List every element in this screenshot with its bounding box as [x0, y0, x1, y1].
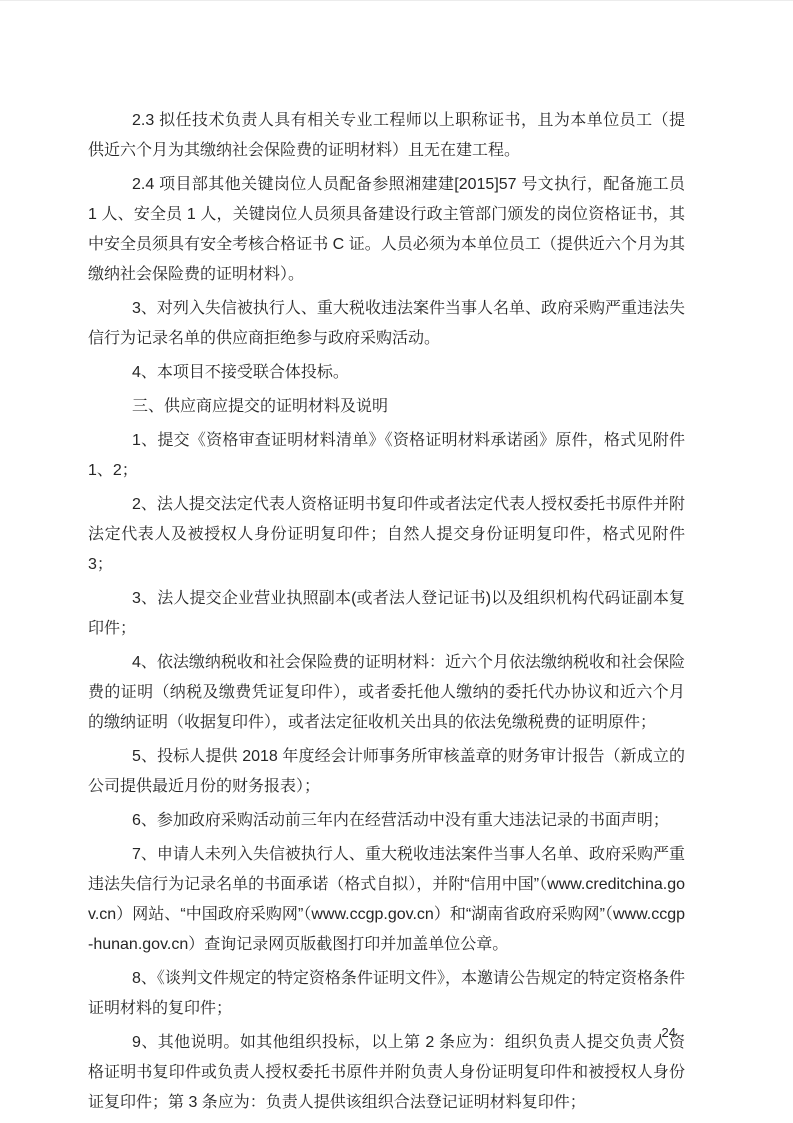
- document-body: 2.3 拟任技术负责人具有相关专业工程师以上职称证书，且为本单位员工（提供近六个…: [88, 106, 685, 1122]
- item-3: 3、法人提交企业营业执照副本(或者法人登记证书)以及组织机构代码证副本复印件；: [88, 584, 685, 644]
- paragraph-3: 3、对列入失信被执行人、重大税收违法案件当事人名单、政府采购严重违法失信行为记录…: [88, 294, 685, 354]
- paragraph-2-4: 2.4 项目部其他关键岗位人员配备参照湘建建[2015]57 号文执行，配备施工…: [88, 170, 685, 290]
- item-9: 9、其他说明。如其他组织投标，以上第 2 条应为：组织负责人提交负责人资格证明书…: [88, 1028, 685, 1118]
- section-heading: 三、供应商应提交的证明材料及说明: [88, 392, 685, 422]
- item-4: 4、依法缴纳税收和社会保险费的证明材料：近六个月依法缴纳税收和社会保险费的证明（…: [88, 648, 685, 738]
- page-number: 24: [662, 1025, 676, 1041]
- document-page: 2.3 拟任技术负责人具有相关专业工程师以上职称证书，且为本单位员工（提供近六个…: [0, 0, 793, 1123]
- item-1: 1、提交《资格审查证明材料清单》《资格证明材料承诺函》原件，格式见附件 1、2；: [88, 426, 685, 486]
- item-6: 6、参加政府采购活动前三年内在经营活动中没有重大违法记录的书面声明；: [88, 806, 685, 836]
- item-7: 7、申请人未列入失信被执行人、重大税收违法案件当事人名单、政府采购严重违法失信行…: [88, 840, 685, 960]
- paragraph-2-3: 2.3 拟任技术负责人具有相关专业工程师以上职称证书，且为本单位员工（提供近六个…: [88, 106, 685, 166]
- item-2: 2、法人提交法定代表人资格证明书复印件或者法定代表人授权委托书原件并附法定代表人…: [88, 490, 685, 580]
- item-8: 8、《谈判文件规定的特定资格条件证明文件》，本邀请公告规定的特定资格条件证明材料…: [88, 964, 685, 1024]
- item-5: 5、投标人提供 2018 年度经会计师事务所审核盖章的财务审计报告（新成立的公司…: [88, 742, 685, 802]
- paragraph-4: 4、本项目不接受联合体投标。: [88, 358, 685, 388]
